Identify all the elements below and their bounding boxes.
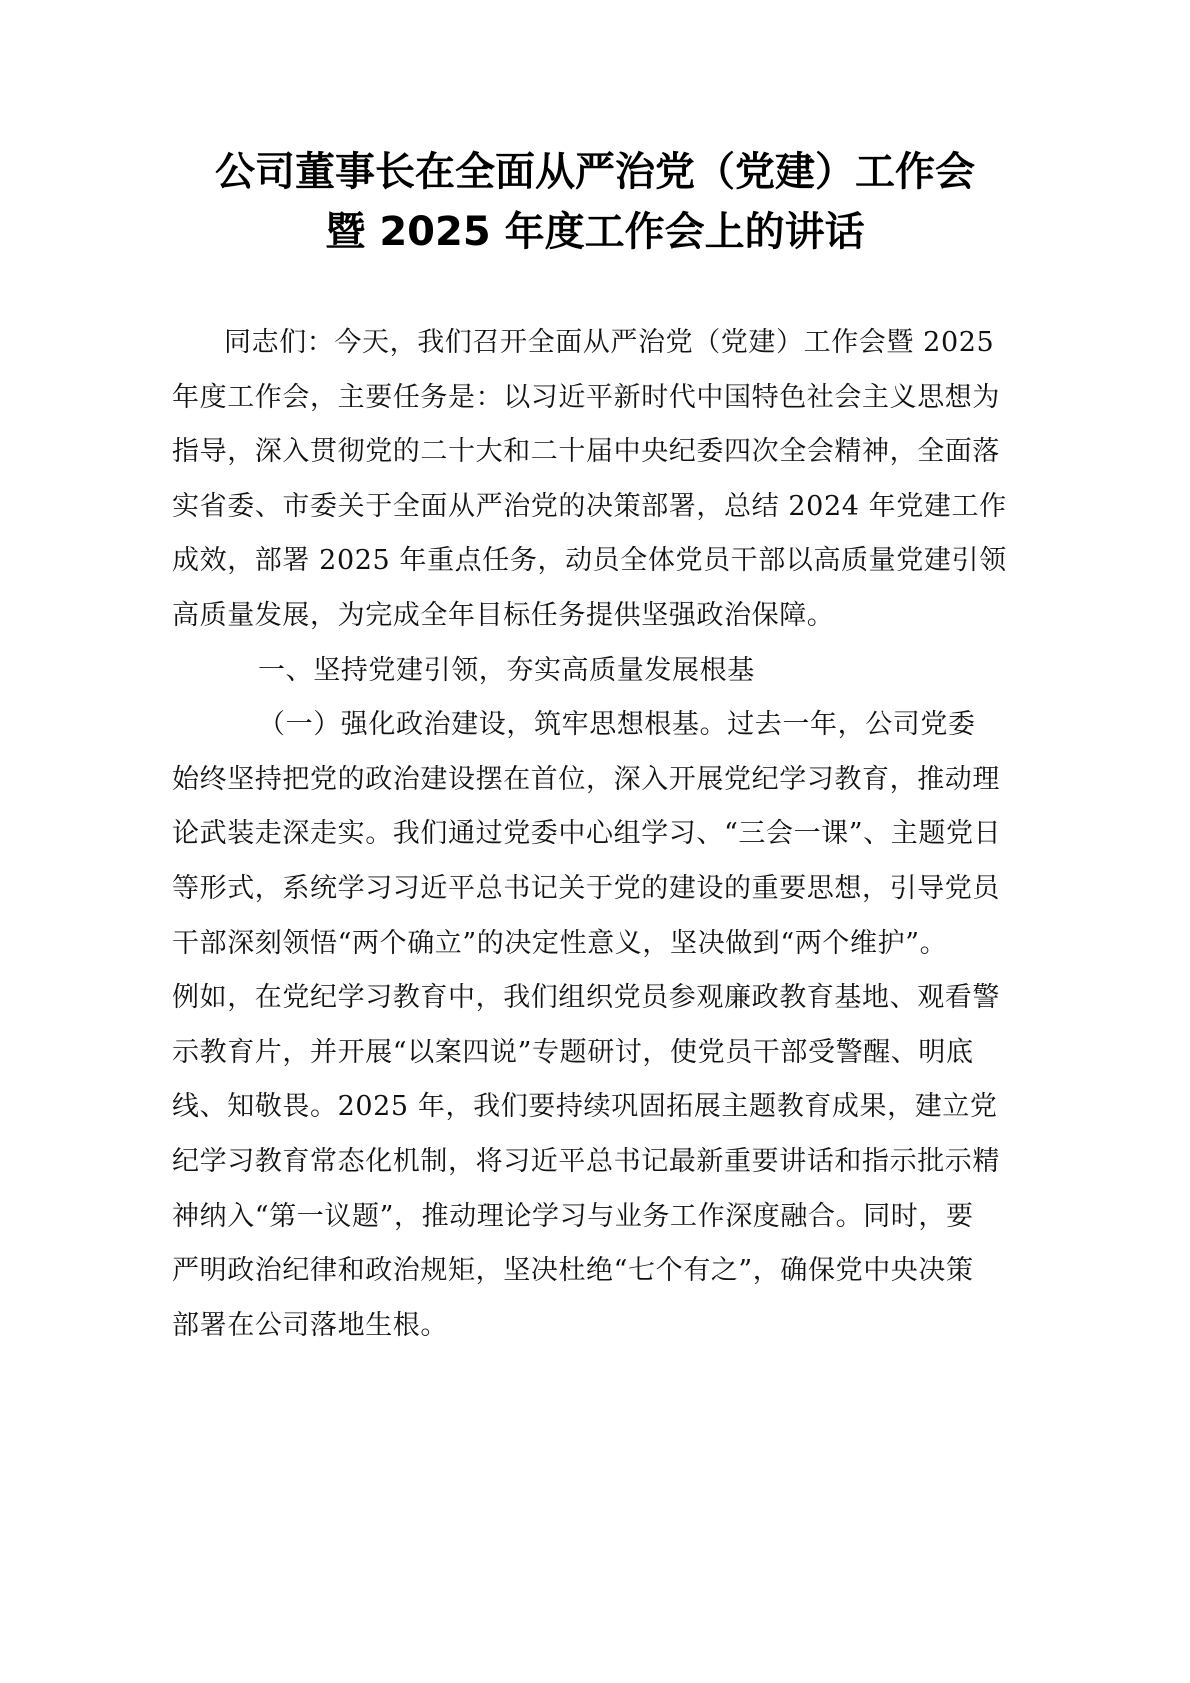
document-body: 同志们：今天，我们召开全面从严治党（党建）工作会暨 2025 年度工作会，主要任… [172,316,942,1353]
title-line-2: 暨 2025 年度工作会上的讲话 [150,202,1040,262]
title-line-1: 公司董事长在全面从严治党（党建）工作会 [150,142,1040,202]
text-line: 年度工作会，主要任务是：以习近平新时代中国特色社会主义思想为 [172,371,942,426]
text-line: 等形式，系统学习习近平总书记关于党的建设的重要思想，引导党员 [172,862,942,917]
document-page: 公司董事长在全面从严治党（党建）工作会 暨 2025 年度工作会上的讲话 同志们… [0,0,1190,1683]
text-line: 神纳入“第一议题”，推动理论学习与业务工作深度融合。同时，要 [172,1190,942,1245]
text-line: 成效，部署 2025 年重点任务，动员全体党员干部以高质量党建引领 [172,534,942,589]
subsection-heading-line: （一）强化政治建设，筑牢思想根基。过去一年，公司党委 [172,698,942,753]
text-line: 指导，深入贯彻党的二十大和二十届中央纪委四次全会精神，全面落 [172,425,942,480]
text-line: 部署在公司落地生根。 [172,1299,942,1354]
section-heading-1: 一、坚持党建引领，夯实高质量发展根基 [172,644,942,699]
text-line: 纪学习教育常态化机制，将习近平总书记最新重要讲话和指示批示精 [172,1135,942,1190]
text-line: 同志们：今天，我们召开全面从严治党（党建）工作会暨 2025 [172,316,942,371]
text-line: 示教育片，并开展“以案四说”专题研讨，使党员干部受警醒、明底 [172,1026,942,1081]
document-title: 公司董事长在全面从严治党（党建）工作会 暨 2025 年度工作会上的讲话 [150,142,1040,262]
subsection-paragraph-1: （一）强化政治建设，筑牢思想根基。过去一年，公司党委 始终坚持把党的政治建设摆在… [172,698,942,1353]
intro-paragraph: 同志们：今天，我们召开全面从严治党（党建）工作会暨 2025 年度工作会，主要任… [172,316,942,644]
text-line: 例如，在党纪学习教育中，我们组织党员参观廉政教育基地、观看警 [172,971,942,1026]
text-line: 实省委、市委关于全面从严治党的决策部署，总结 2024 年党建工作 [172,480,942,535]
text-line: 线、知敬畏。2025 年，我们要持续巩固拓展主题教育成果，建立党 [172,1080,942,1135]
text-line: 干部深刻领悟“两个确立”的决定性意义，坚决做到“两个维护”。 [172,917,942,972]
text-line: 严明政治纪律和政治规矩，坚决杜绝“七个有之”，确保党中央决策 [172,1244,942,1299]
text-line: 始终坚持把党的政治建设摆在首位，深入开展党纪学习教育，推动理 [172,753,942,808]
text-line: 高质量发展，为完成全年目标任务提供坚强政治保障。 [172,589,942,644]
text-line: 论武装走深走实。我们通过党委中心组学习、“三会一课”、主题党日 [172,807,942,862]
